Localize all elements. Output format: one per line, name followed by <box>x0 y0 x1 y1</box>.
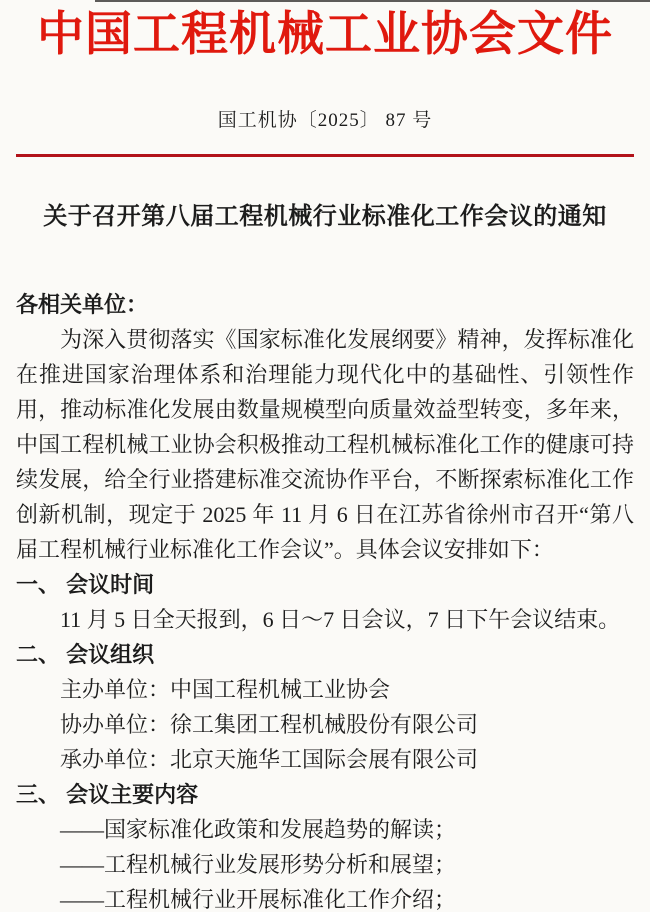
intro-paragraph: 为深入贯彻落实《国家标准化发展纲要》精神，发挥标准化在推进国家治理体系和治理能力… <box>16 322 634 567</box>
section-heading-meeting-time: 一、 会议时间 <box>16 567 634 602</box>
scan-edge-artifact <box>95 0 650 2</box>
section-item-content-1: ——国家标准化政策和发展趋势的解读； <box>16 812 634 847</box>
section-item-meeting-time: 11 月 5 日全天报到，6 日～7 日会议，7 日下午会议结束。 <box>16 602 634 637</box>
section-item-coorganizer-unit: 协办单位：徐工集团工程机械股份有限公司 <box>16 707 634 742</box>
section-heading-meeting-content: 三、 会议主要内容 <box>16 777 634 812</box>
section-item-host-unit: 主办单位：中国工程机械工业协会 <box>16 672 634 707</box>
org-letterhead-title: 中国工程机械工业协会文件 <box>16 8 634 62</box>
section-item-content-2: ——工程机械行业发展形势分析和展望； <box>16 847 634 882</box>
section-item-content-3: ——工程机械行业开展标准化工作介绍； <box>16 882 634 912</box>
red-divider-rule <box>16 154 634 157</box>
document-title: 关于召开第八届工程机械行业标准化工作会议的通知 <box>16 197 634 237</box>
section-heading-meeting-organization: 二、 会议组织 <box>16 637 634 672</box>
section-item-undertaker-unit: 承办单位：北京天施华工国际会展有限公司 <box>16 742 634 777</box>
salutation: 各相关单位： <box>16 287 634 322</box>
document-body: 各相关单位： 为深入贯彻落实《国家标准化发展纲要》精神，发挥标准化在推进国家治理… <box>16 287 634 912</box>
doc-number: 国工机协〔2025〕 87 号 <box>16 108 634 134</box>
document-page: 中国工程机械工业协会文件 国工机协〔2025〕 87 号 关于召开第八届工程机械… <box>0 8 650 912</box>
